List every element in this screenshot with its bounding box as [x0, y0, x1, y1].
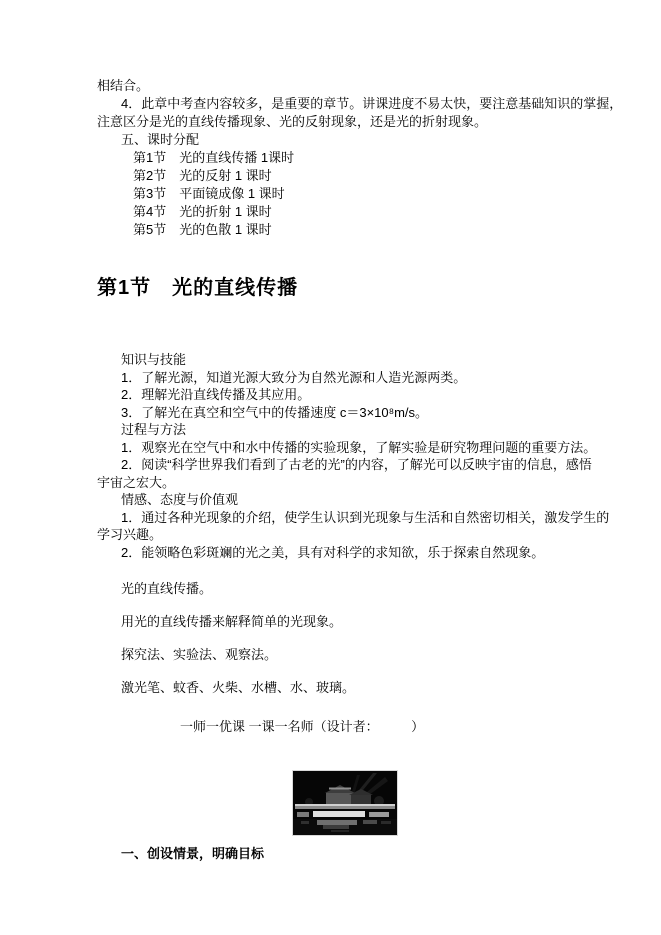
summary-block: 光的直线传播。 用光的直线传播来解释简单的光现象。 探究法、实验法、观察法。 激… — [97, 580, 355, 696]
footer-heading: 一、创设情景，明确目标 — [121, 843, 264, 862]
objective-group-title: 情感、态度与价值观 — [97, 491, 641, 509]
night-photo — [292, 770, 398, 836]
objective-line: 2．阅读“科学世界我们看到了古老的光”的内容，了解光可以反映宇宙的信息，感悟 — [97, 456, 641, 474]
objective-line: 学习兴趣。 — [97, 526, 641, 544]
night-photo-image — [293, 771, 397, 835]
summary-line: 光的直线传播。 — [97, 580, 355, 597]
objective-line: 1．通过各种光现象的介绍，使学生认识到光现象与生活和自然密切相关，激发学生的 — [97, 509, 641, 527]
summary-line: 用光的直线传播来解释简单的光现象。 — [97, 613, 355, 630]
objective-line: 1．了解光源，知道光源大致分为自然光源和人造光源两类。 — [97, 369, 641, 387]
credit-line: 一师一优课 一课一名师（设计者： ） — [180, 716, 424, 735]
water-reflection — [293, 819, 397, 835]
paragraph-line: 4．此章中考查内容较多，是重要的章节。讲课进度不易太快，要注意基础知识的掌握， — [97, 95, 641, 113]
summary-line: 激光笔、蚊香、火柴、水槽、水、玻璃。 — [97, 679, 355, 696]
schedule-title: 五、课时分配 — [97, 131, 641, 149]
summary-line: 探究法、实验法、观察法。 — [97, 646, 355, 663]
schedule-item: 第5节 光的色散 1 课时 — [97, 221, 641, 239]
section-heading: 第1节 光的直线传播 — [97, 271, 298, 300]
objective-group-title: 过程与方法 — [97, 421, 641, 439]
objective-line: 1．观察光在空气中和水中传播的实验现象，了解实验是研究物理问题的重要方法。 — [97, 439, 641, 457]
schedule-item: 第4节 光的折射 1 课时 — [97, 203, 641, 221]
document-page: 相结合。 4．此章中考查内容较多，是重要的章节。讲课进度不易太快，要注意基础知识… — [0, 0, 661, 935]
objective-line: 2．理解光沿直线传播及其应用。 — [97, 386, 641, 404]
schedule-item: 第2节 光的反射 1 课时 — [97, 167, 641, 185]
schedule-item: 第1节 光的直线传播 1课时 — [97, 149, 641, 167]
paragraph-line: 注意区分是光的直线传播现象、光的反射现象，还是光的折射现象。 — [97, 113, 641, 131]
objective-line: 2．能领略色彩斑斓的光之美，具有对科学的求知欲，乐于探索自然现象。 — [97, 544, 641, 562]
intro-block: 相结合。 4．此章中考查内容较多，是重要的章节。讲课进度不易太快，要注意基础知识… — [97, 77, 641, 239]
objective-line: 宇宙之宏大。 — [97, 474, 641, 492]
objective-line: 3．了解光在真空和空气中的传播速度 c＝3×10⁸m/s。 — [97, 404, 641, 422]
schedule-item: 第3节 平面镜成像 1 课时 — [97, 185, 641, 203]
objective-group-title: 知识与技能 — [97, 351, 641, 369]
paragraph-line: 相结合。 — [97, 77, 641, 95]
objectives-block: 知识与技能 1．了解光源，知道光源大致分为自然光源和人造光源两类。 2．理解光沿… — [97, 351, 641, 561]
